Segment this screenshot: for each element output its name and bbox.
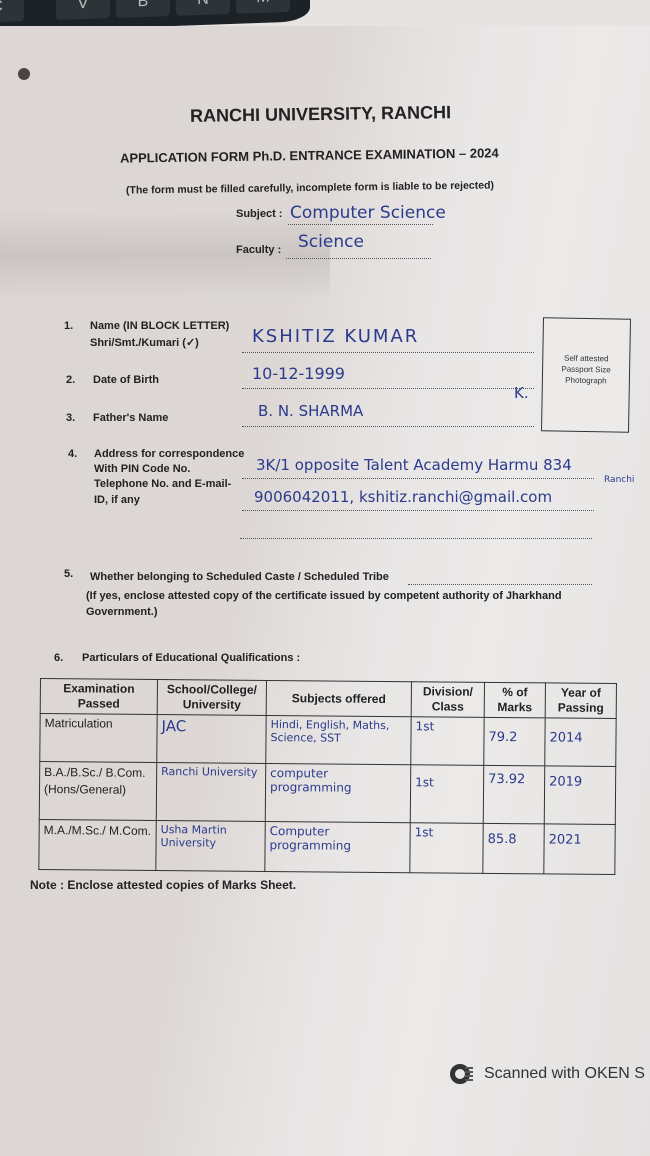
faculty-line (286, 258, 431, 259)
initials: K. (514, 384, 529, 402)
cell-exam: Matriculation (40, 714, 157, 763)
faculty-value[interactable]: Science (298, 232, 364, 252)
cell-marks[interactable]: 73.92 (483, 765, 545, 824)
cell-year[interactable]: 2014 (545, 718, 616, 767)
header-exam: Examination Passed (40, 679, 157, 715)
cell-institution[interactable]: Usha Martin University (156, 821, 265, 872)
field-6-num: 6. (54, 652, 63, 664)
cell-division[interactable]: 1st (410, 765, 484, 824)
marks-sheet-note: Note : Enclose attested copies of Marks … (30, 878, 296, 892)
header-institution: School/College/ University (157, 680, 266, 716)
cell-marks[interactable]: 79.2 (484, 717, 545, 766)
cell-year[interactable]: 2019 (544, 766, 616, 825)
cell-division[interactable]: 1st (410, 823, 483, 874)
cell-marks[interactable]: 85.8 (483, 823, 544, 874)
scanner-text: Scanned with OKEN S (484, 1065, 645, 1083)
keyboard-key: B (116, 0, 170, 18)
cell-subjects[interactable]: computer programming (265, 763, 411, 822)
university-title: RANCHI UNIVERSITY, RANCHI (190, 102, 451, 127)
header-division: Division/ Class (411, 682, 484, 718)
table-row: Matriculation JAC Hindi, English, Maths,… (40, 714, 616, 767)
oken-logo-icon (450, 1064, 470, 1084)
field-2-label: Date of Birth (93, 374, 159, 386)
table-row: B.A./B.Sc./ B.Com. (Hons/General) Ranchi… (39, 762, 615, 825)
field-4-num: 4. (68, 448, 77, 460)
caste-note-2: Government.) (86, 606, 158, 618)
faculty-label: Faculty : (236, 244, 281, 256)
field-4-label-2: With PIN Code No. (94, 463, 190, 475)
keyboard-key: N (176, 0, 230, 16)
keyboard-key: V (56, 0, 110, 20)
field-4-label-1: Address for correspondence (94, 448, 244, 460)
cell-year[interactable]: 2021 (544, 824, 615, 875)
passport-photo-box[interactable]: Self attested Passport Size Photograph (541, 317, 631, 433)
name-line (242, 352, 534, 353)
dob-value[interactable]: 10-12-1999 (252, 364, 345, 383)
cell-division[interactable]: 1st (411, 717, 484, 766)
keyboard-key: M (236, 0, 290, 14)
name-value[interactable]: KSHITIZ KUMAR (252, 326, 419, 347)
cell-subjects[interactable]: Computer programming (265, 821, 410, 872)
address-value[interactable]: 3K/1 opposite Talent Academy Harmu 834 (256, 456, 572, 474)
subject-label: Subject : (236, 208, 282, 220)
field-4-label-3: Telephone No. and E-mail- (94, 478, 231, 490)
field-2-num: 2. (66, 374, 75, 386)
address-note: Ranchi (604, 475, 634, 485)
field-1-label-2: Shri/Smt./Kumari (✓) (90, 336, 199, 349)
caste-question: Whether belonging to Scheduled Caste / S… (90, 571, 389, 583)
field-3-num: 3. (66, 412, 75, 424)
address-line-3 (240, 538, 592, 539)
field-4-label-4: ID, if any (94, 494, 140, 506)
father-name-value[interactable]: B. N. SHARMA (258, 402, 363, 420)
subject-line (288, 224, 433, 225)
table-row: M.A./M.Sc./ M.Com. Usha Martin Universit… (39, 819, 615, 874)
keyboard-key: C (0, 0, 24, 23)
field-3-label: Father's Name (93, 412, 168, 424)
address-line-2 (242, 510, 594, 511)
field-5-num: 5. (64, 568, 73, 580)
father-name-line (242, 426, 534, 427)
field-1-num: 1. (64, 320, 73, 332)
header-year: Year of Passing (545, 683, 616, 719)
header-marks: % of Marks (484, 682, 545, 718)
address-line-1 (242, 478, 594, 479)
cell-exam: B.A./B.Sc./ B.Com. (Hons/General) (39, 762, 157, 821)
header-subjects: Subjects offered (266, 680, 411, 716)
scanner-watermark: Scanned with OKEN S (450, 1064, 645, 1084)
education-table: Examination Passed School/College/ Unive… (38, 678, 617, 875)
punch-hole (18, 68, 30, 80)
phone-email-value[interactable]: 9006042011, kshitiz.ranchi@gmail.com (254, 488, 552, 506)
dob-line (242, 388, 534, 389)
cell-subjects[interactable]: Hindi, English, Maths, Science, SST (266, 715, 411, 764)
cell-institution[interactable]: Ranchi University (156, 763, 266, 822)
cell-institution[interactable]: JAC (157, 715, 266, 764)
education-title: Particulars of Educational Qualification… (82, 652, 300, 664)
caste-note-1: (If yes, enclose attested copy of the ce… (86, 590, 562, 602)
caste-line (408, 584, 592, 585)
photo-label-3: Photograph (543, 374, 629, 386)
field-1-label: Name (IN BLOCK LETTER) (90, 320, 229, 332)
subject-value[interactable]: Computer Science (290, 203, 446, 223)
cell-exam: M.A./M.Sc./ M.Com. (39, 819, 156, 870)
